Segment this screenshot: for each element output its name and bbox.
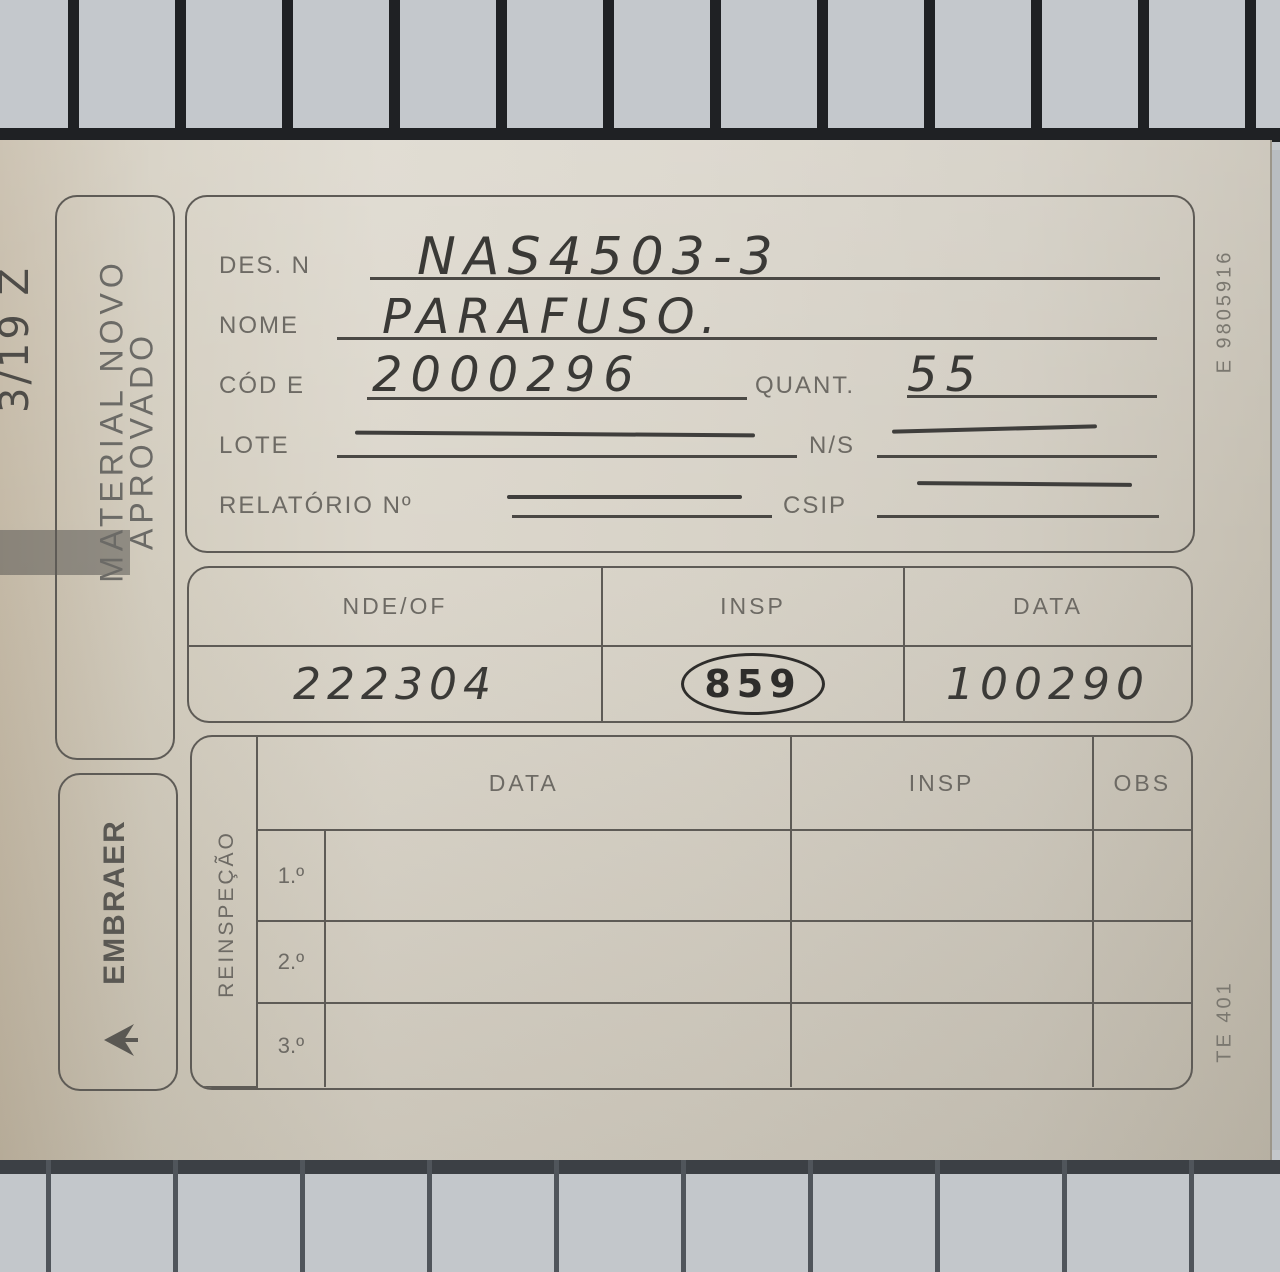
reinsp-2-insp [791, 921, 1093, 1003]
reinsp-2-obs [1093, 921, 1191, 1003]
relatorio-label: RELATÓRIO Nº [219, 492, 413, 520]
grid-paper-background-bottom [0, 1150, 1280, 1272]
reinspection-side-label: REINSPEÇÃO [192, 737, 257, 1087]
cod-label: CÓD E [219, 372, 305, 400]
quant-label: QUANT. [755, 372, 855, 400]
form-serial-code: E 9805916 [1214, 237, 1237, 387]
embraer-wordmark: EMBRAER [98, 782, 132, 1022]
ns-label: N/S [809, 432, 855, 460]
reinsp-header-insp: INSP [791, 737, 1093, 830]
csip-label: CSIP [783, 492, 847, 520]
reinsp-2-data [325, 921, 791, 1003]
reinsp-3-insp [791, 1003, 1093, 1087]
reinspection-row: 3.º [192, 1003, 1191, 1087]
reinsp-3-obs [1093, 1003, 1191, 1087]
cod-value: 2000296 [372, 347, 642, 403]
header-data: DATA [904, 568, 1191, 646]
reinsp-header-obs: OBS [1093, 737, 1191, 830]
reinsp-1-data [325, 830, 791, 921]
lote-label: LOTE [219, 432, 290, 460]
reinsp-1-obs [1093, 830, 1191, 921]
desenho-label: DES. N [219, 252, 311, 280]
material-status-panel: MATERIAL NOVO APROVADO [55, 195, 175, 760]
material-approval-tag: 3/19 Z MATERIAL NOVO APROVADO EMBRAER DE… [0, 140, 1272, 1160]
aprovado-label: APROVADO [124, 211, 161, 671]
header-insp: INSP [602, 568, 904, 646]
inspection-table: NDE/OF INSP DATA 222304 859 100290 [187, 566, 1193, 723]
handwritten-margin-note: 3/19 Z [0, 273, 38, 413]
header-nde-of: NDE/OF [189, 568, 602, 646]
data-value: 100290 [904, 646, 1191, 721]
nome-label: NOME [219, 312, 299, 340]
brand-panel: EMBRAER [58, 773, 178, 1091]
reinspection-row: 1.º [192, 830, 1191, 921]
part-fields-panel: DES. N NAS4503-3 NOME PARAFUSO. CÓD E 20… [185, 195, 1195, 553]
reinsp-3-data [325, 1003, 791, 1087]
insp-stamp: 859 [602, 646, 904, 721]
form-type-code: TE 401 [1214, 967, 1237, 1077]
nde-of-value: 222304 [189, 646, 602, 721]
reinspection-row: 2.º [192, 921, 1191, 1003]
reinspection-table: REINSPEÇÃO DATA INSP OBS 1.º 2.º 3.º [190, 735, 1193, 1090]
reinsp-1-insp [791, 830, 1093, 921]
embraer-logo-arrow-icon [100, 1020, 140, 1060]
inspector-stamp: 859 [681, 653, 824, 715]
grid-paper-background-top [0, 0, 1280, 150]
reinsp-header-data: DATA [257, 737, 791, 830]
